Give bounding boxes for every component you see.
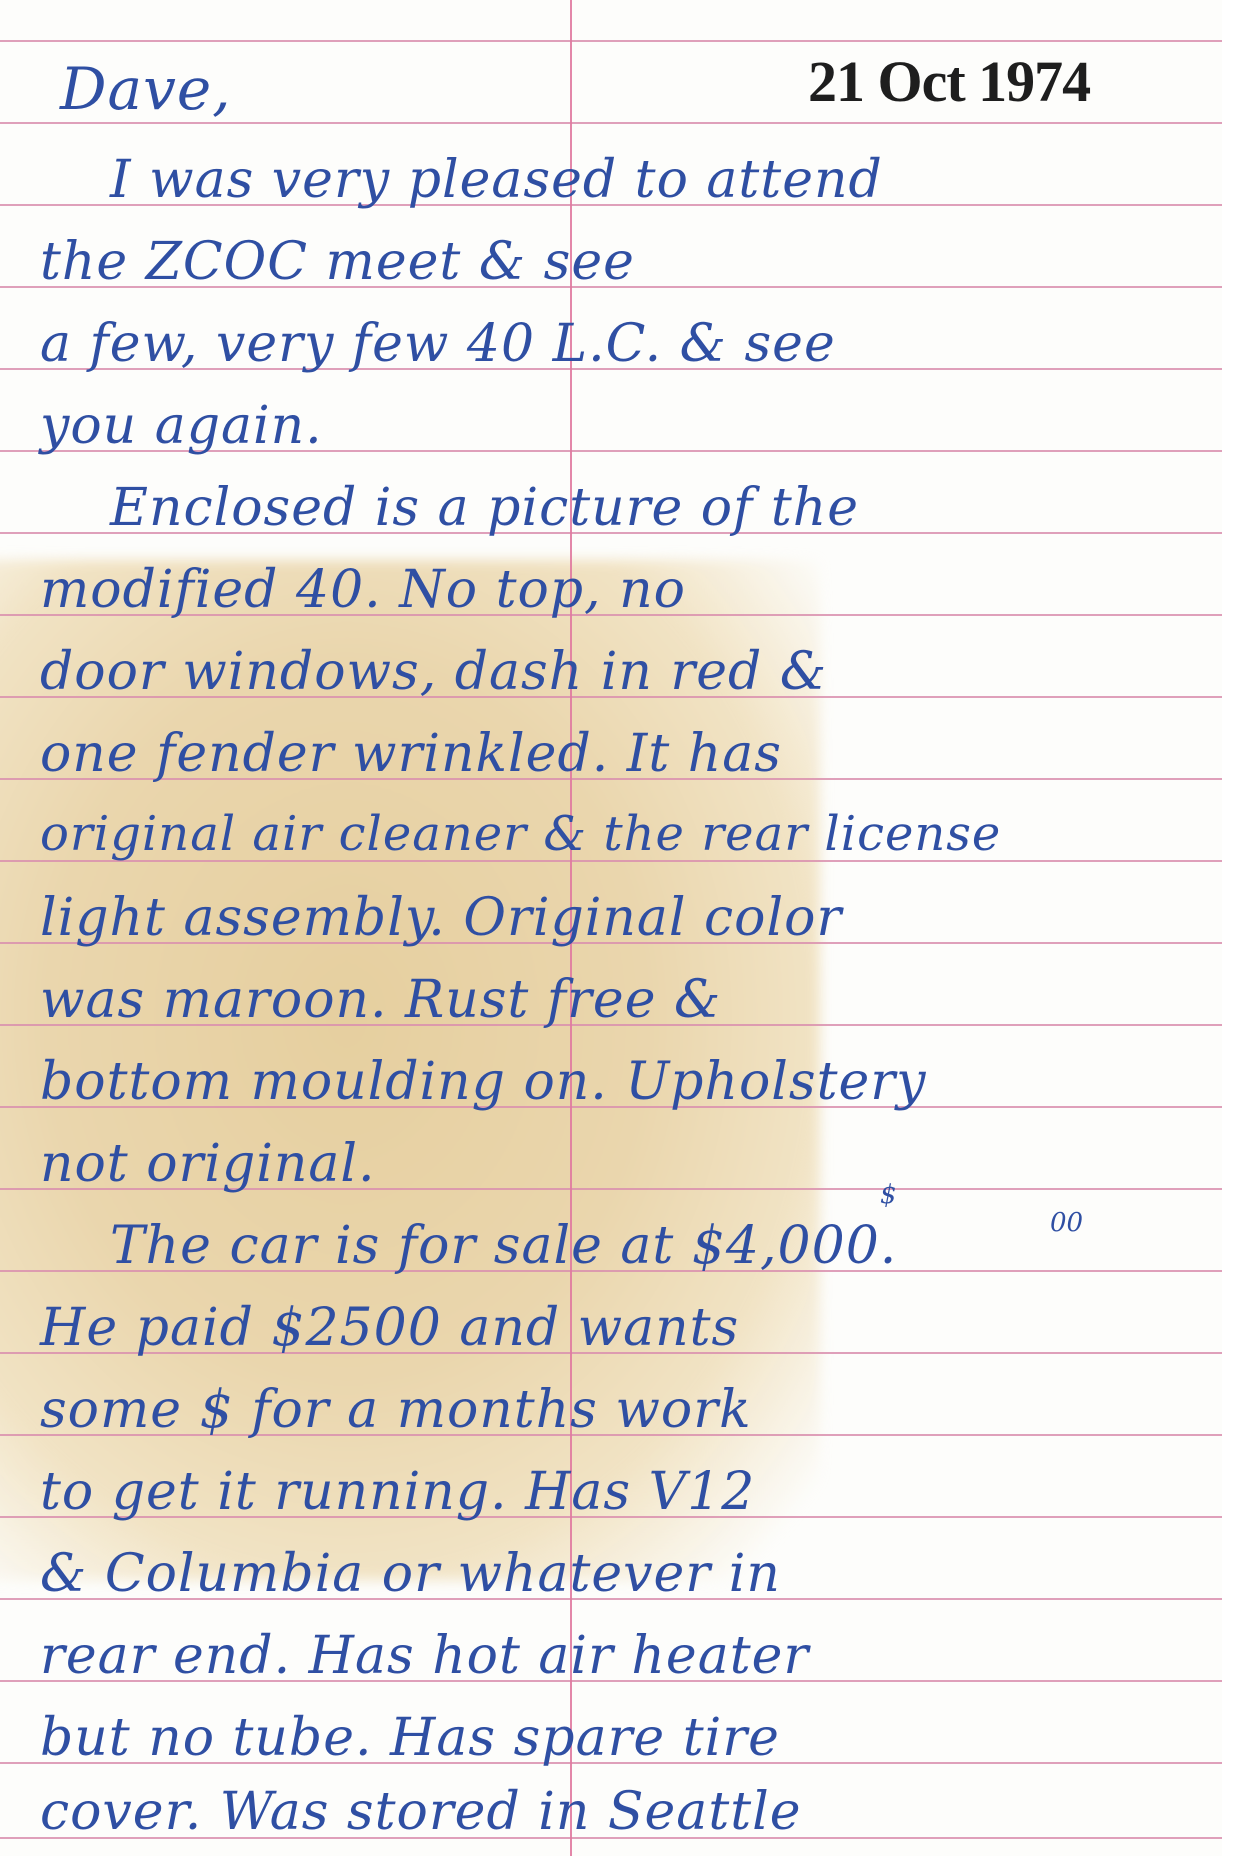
letter-page: 21 Oct 1974 Dave, I was very pleased to …	[0, 0, 1222, 1856]
letter-line: a few, very few 40 L.C. & see	[40, 314, 836, 374]
letter-line: He paid $2500 and wants	[40, 1298, 739, 1358]
letter-line: original air cleaner & the rear license	[40, 806, 1001, 862]
letter-line: cover. Was stored in Seattle	[40, 1782, 802, 1842]
letter-line: modified 40. No top, no	[40, 560, 686, 620]
letter-line: was maroon. Rust free &	[40, 970, 721, 1030]
letter-line: light assembly. Original color	[40, 888, 842, 948]
letter-line: but no tube. Has spare tire	[40, 1708, 780, 1768]
letter-date: 21 Oct 1974	[808, 48, 1090, 115]
dollar-annotation: $	[880, 1180, 897, 1210]
letter-line: the ZCOC meet & see	[40, 232, 635, 292]
salutation: Dave,	[60, 55, 232, 123]
rule-line	[0, 40, 1222, 42]
letter-line: The car is for sale at $4,000.	[110, 1216, 897, 1276]
letter-line: bottom moulding on. Upholstery	[40, 1052, 926, 1112]
letter-line: not original.	[40, 1134, 376, 1194]
letter-line: rear end. Has hot air heater	[40, 1626, 809, 1686]
letter-line: you again.	[40, 396, 323, 456]
cents-annotation: 00	[1050, 1208, 1083, 1238]
letter-line: & Columbia or whatever in	[40, 1544, 781, 1604]
letter-line: Enclosed is a picture of the	[110, 478, 859, 538]
letter-line: to get it running. Has V12	[40, 1462, 755, 1522]
letter-line: door windows, dash in red &	[40, 642, 827, 702]
letter-line: some $ for a months work	[40, 1380, 752, 1440]
letter-line: one fender wrinkled. It has	[40, 724, 782, 784]
letter-line: I was very pleased to attend	[110, 150, 883, 210]
